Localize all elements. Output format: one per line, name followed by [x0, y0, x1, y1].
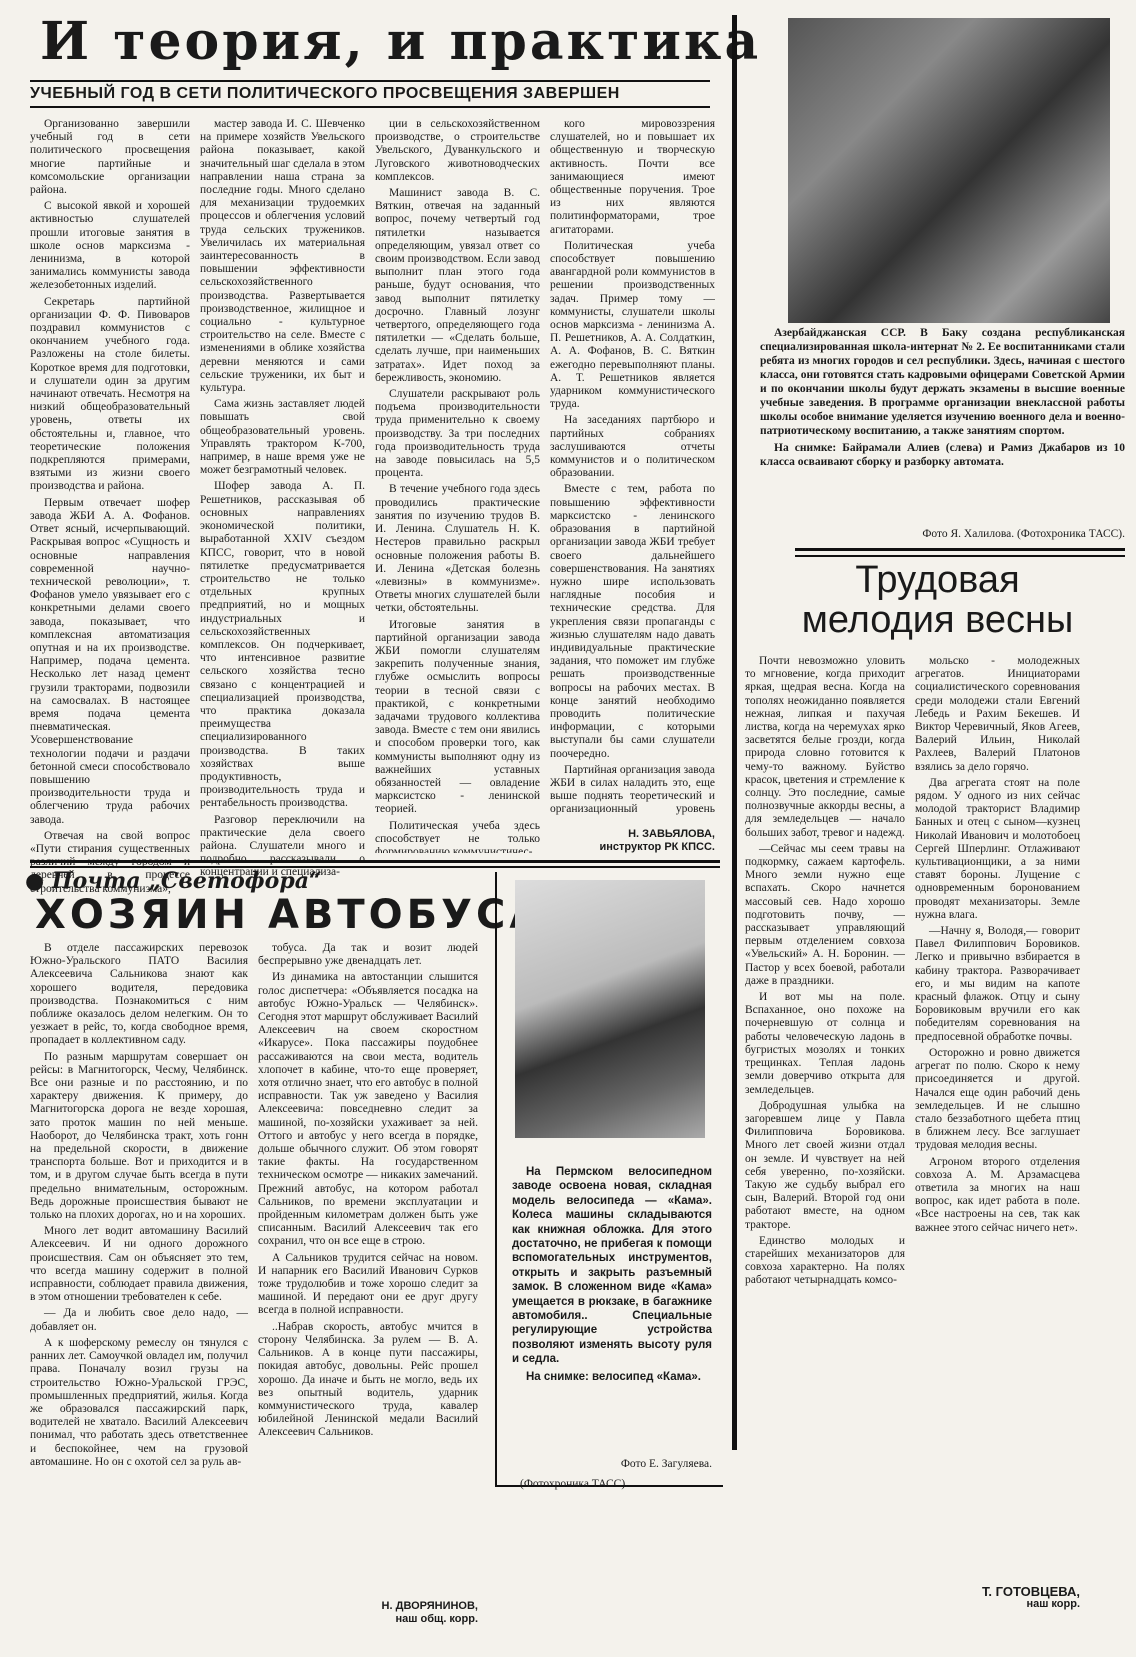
divider [795, 555, 1125, 557]
photo2-caption: На Пермском велосипедном заводе освоена … [512, 1165, 712, 1387]
paragraph: мольско - молодежных агрегатов. Инициато… [915, 655, 1080, 774]
paragraph: тобуса. Да так и возит людей беспрерывно… [258, 942, 478, 968]
caption-text: На снимке: велосипед «Кама». [512, 1370, 712, 1384]
article2-column-1: Почти невозможно уловить то мгновение, к… [745, 655, 905, 1615]
author-title: наш корр. [915, 1598, 1080, 1611]
article1-title: И теория, и практика [40, 10, 761, 74]
paragraph: Политическая учеба способствует повышени… [550, 240, 715, 412]
article2-signature: Т. ГОТОВЦЕВА, наш корр. [915, 1585, 1080, 1611]
credit-line: Фото Е. Загуляева. [512, 1458, 712, 1470]
divider [30, 860, 720, 863]
photo2-credit: Фото Е. Загуляева. (Фотохроника ТАСС). [512, 1458, 712, 1490]
paragraph: А к шоферскому ремеслу он тянулся с ранн… [30, 1337, 248, 1469]
article1-column-1: Организованно завершили учебный год в се… [30, 118, 190, 853]
paragraph: Итоговые занятия в партийной организации… [375, 619, 540, 817]
caption-text: На снимке: Байрамали Алиев (слева) и Рам… [760, 441, 1125, 469]
paragraph: Политическая учеба здесь способствует не… [375, 820, 540, 853]
photo-students-rifle [788, 18, 1110, 323]
article1-subtitle: УЧЕБНЫЙ ГОД В СЕТИ ПОЛИТИЧЕСКОГО ПРОСВЕЩ… [30, 85, 710, 103]
paragraph: На заседаниях партбюро и партийных собра… [550, 414, 715, 480]
paragraph: — Да и любить свое дело надо, — добавляе… [30, 1307, 248, 1333]
paragraph: А Сальников трудится сейчас на новом. И … [258, 1252, 478, 1318]
article2-title: Трудовая мелодия весны [740, 560, 1135, 640]
paragraph: Два агрегата стоят на поле рядом. У одно… [915, 777, 1080, 922]
divider [30, 106, 710, 108]
article1-column-2: мастер завода И. С. Шевченко на примере … [200, 118, 365, 853]
photo-man-folding-bicycle [515, 880, 705, 1138]
credit-line: (Фотохроника ТАСС). [512, 1478, 712, 1490]
paragraph: Машинист завода В. С. Вяткин, отвечая на… [375, 187, 540, 385]
paragraph: Осторожно и ровно движется агрегат по по… [915, 1047, 1080, 1153]
photo1-caption: Азербайджанская ССР. В Баку создана респ… [760, 326, 1125, 472]
paragraph: ции в сельскохозяйственном производстве,… [375, 118, 540, 184]
paragraph: Вместе с тем, работа по повышению эффект… [550, 483, 715, 760]
article1-column-4: кого мировоззрения слушателей, но и повы… [550, 118, 715, 818]
paragraph: Первым отвечает шофер завода ЖБИ А. А. Ф… [30, 497, 190, 827]
paragraph: Слушатели раскрывают роль подъема произв… [375, 388, 540, 480]
title-line: мелодия весны [740, 600, 1135, 640]
paragraph: И вот мы на поле. Вспаханное, оно похоже… [745, 991, 905, 1097]
paragraph: —Начну я, Володя,— говорит Павел Филиппо… [915, 925, 1080, 1044]
paragraph: Добродушная улыбка на загоревшем лице у … [745, 1100, 905, 1232]
author-title: наш общ. корр. [258, 1613, 478, 1626]
article3-column-2: тобуса. Да так и возит людей беспрерывно… [258, 942, 478, 1587]
vertical-divider [732, 15, 737, 1450]
paragraph: Почти невозможно уловить то мгновение, к… [745, 655, 905, 840]
paragraph: Сама жизнь заставляет людей повышать сво… [200, 398, 365, 477]
paragraph: Шофер завода А. П. Решетников, рассказыв… [200, 480, 365, 810]
article3-title: ХОЗЯИН АВТОБУСА [35, 892, 544, 938]
photo1-credit: Фото Я. Халилова. (Фотохроника ТАСС). [760, 528, 1125, 540]
paragraph: Организованно завершили учебный год в се… [30, 118, 190, 197]
author-title: инструктор РК КПСС. [550, 841, 715, 854]
paragraph: Агроном второго отделения совхоза А. М. … [915, 1156, 1080, 1235]
article1-signature: Н. ЗАВЬЯЛОВА, инструктор РК КПСС. [550, 828, 715, 854]
paragraph: Много лет водит автомашину Василий Алекс… [30, 1225, 248, 1304]
author-name: Т. ГОТОВЦЕВА, [915, 1585, 1080, 1598]
article1-column-3: ции в сельскохозяйственном производстве,… [375, 118, 540, 853]
author-name: Н. ДВОРЯНИНОВ, [258, 1600, 478, 1613]
paragraph: В отделе пассажирских перевозок Южно-Ура… [30, 942, 248, 1048]
paragraph: Из динамика на автостанции слышится голо… [258, 971, 478, 1248]
caption-text: На Пермском велосипедном заводе освоена … [512, 1165, 712, 1367]
divider [795, 548, 1125, 551]
article3-signature: Н. ДВОРЯНИНОВ, наш общ. корр. [258, 1600, 478, 1626]
divider [30, 80, 710, 82]
article3-rubric: ● Почта „Светофора“ [25, 868, 322, 894]
paragraph: кого мировоззрения слушателей, но и повы… [550, 118, 715, 237]
paragraph: С высокой явкой и хорошей активностью сл… [30, 200, 190, 292]
author-name: Н. ЗАВЬЯЛОВА, [550, 828, 715, 841]
bullet-icon: ● [25, 868, 52, 894]
paragraph: мастер завода И. С. Шевченко на примере … [200, 118, 365, 395]
paragraph: —Сейчас мы сеем травы на подкормку, сажа… [745, 843, 905, 988]
paragraph: В течение учебного года здесь проводилис… [375, 483, 540, 615]
paragraph: По разным маршрутам совершает он рейсы: … [30, 1051, 248, 1223]
title-line: Трудовая [740, 560, 1135, 600]
article2-column-2: мольско - молодежных агрегатов. Инициато… [915, 655, 1080, 1570]
rubric-text: Почта „Светофора“ [52, 868, 322, 894]
paragraph: Секретарь партийной организации Ф. Ф. Пи… [30, 296, 190, 494]
caption-text: Азербайджанская ССР. В Баку создана респ… [760, 326, 1125, 438]
article3-column-1: В отделе пассажирских перевозок Южно-Ура… [30, 942, 248, 1632]
paragraph: Единство молодых и старейших механизатор… [745, 1235, 905, 1288]
paragraph: ..Набрав скорость, автобус мчится в стор… [258, 1321, 478, 1440]
paragraph: Партийная организация завода ЖБИ в силах… [550, 764, 715, 818]
